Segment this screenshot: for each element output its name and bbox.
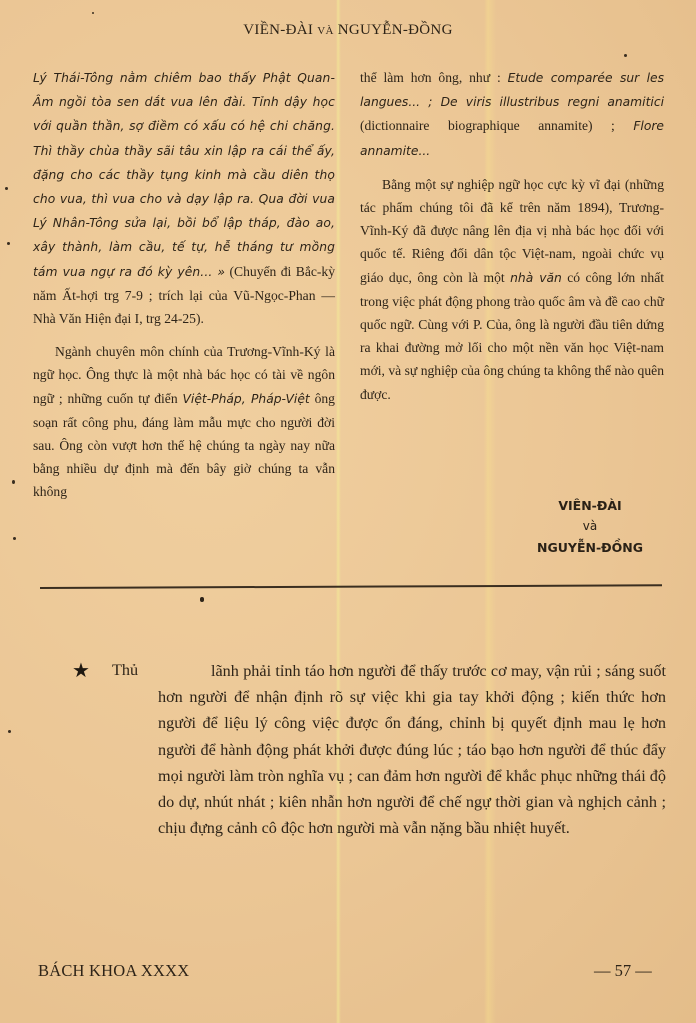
ink-speck (5, 187, 8, 190)
paragraph-text: có công lớn nhất trong việc phát động ph… (360, 270, 664, 402)
ink-speck (13, 537, 16, 540)
legacy-paragraph: Bằng một sự nghiệp ngữ học cực kỳ vĩ đại… (360, 173, 664, 406)
quote-first-word: Thủ (112, 658, 138, 682)
page-number: — 57 — (594, 961, 652, 981)
ink-speck (624, 54, 627, 57)
conjunction: và (510, 516, 670, 537)
italic-quote-text: Lý Thái-Tông nằm chiêm bao thấy Phật Qua… (33, 71, 335, 279)
left-column: Lý Thái-Tông nằm chiêm bao thấy Phật Qua… (33, 66, 335, 504)
works-paragraph: thể làm hơn ông, như : Etude comparée su… (360, 66, 664, 163)
paragraph-text: (dictionnaire biographique annamite) ; (360, 118, 633, 133)
ink-speck (7, 242, 10, 245)
author-name-1: VIÊN-ĐÀI (510, 495, 670, 516)
quote-body: lãnh phải tỉnh táo hơn người để thấy trư… (158, 658, 666, 841)
dictionary-title-phap-viet: Pháp-Việt (251, 392, 310, 406)
ink-speck (92, 12, 94, 14)
paragraph-text: ông soạn rất công phu, đáng làm mẫu mực … (33, 391, 335, 500)
running-head: VIỀN-ĐÀI và NGUYỄN-ĐỒNG (0, 22, 696, 39)
emphasis-nha-van: nhà văn (510, 271, 562, 285)
right-column: thể làm hơn ông, như : Etude comparée su… (360, 66, 664, 406)
quote-text: lãnh phải tỉnh táo hơn người để thấy trư… (158, 662, 666, 837)
paragraph-text: Bằng một sự nghiệp ngữ học cực kỳ vĩ đại… (360, 177, 664, 285)
publication-footer: BÁCH KHOA XXXX (38, 961, 189, 981)
separator: , (242, 392, 251, 406)
ink-speck (200, 597, 204, 602)
ink-speck (12, 480, 15, 484)
ink-speck (8, 730, 11, 733)
quote-paragraph: Lý Thái-Tông nằm chiêm bao thấy Phật Qua… (33, 66, 335, 330)
linguistics-paragraph: Ngành chuyên môn chính của Trương-Vĩnh-K… (33, 340, 335, 503)
paragraph-text: thể làm hơn ông, như : (360, 70, 508, 85)
dictionary-title-viet-phap: Việt-Pháp (183, 392, 242, 406)
star-icon: ★ (72, 659, 90, 683)
author-signature: VIÊN-ĐÀI và NGUYỄN-ĐỒNG (510, 495, 670, 558)
author-name-2: NGUYỄN-ĐỒNG (510, 537, 670, 558)
